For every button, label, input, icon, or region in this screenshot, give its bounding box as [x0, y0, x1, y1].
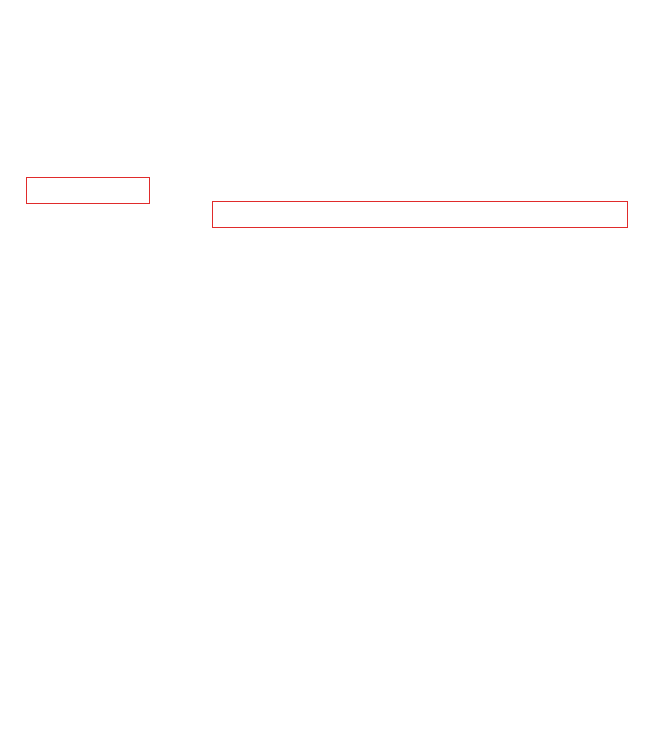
- book-page: [0, 0, 655, 737]
- annotation-box-markov: [212, 201, 628, 228]
- section-heading: [16, 6, 30, 28]
- annotation-box-question: [26, 177, 150, 204]
